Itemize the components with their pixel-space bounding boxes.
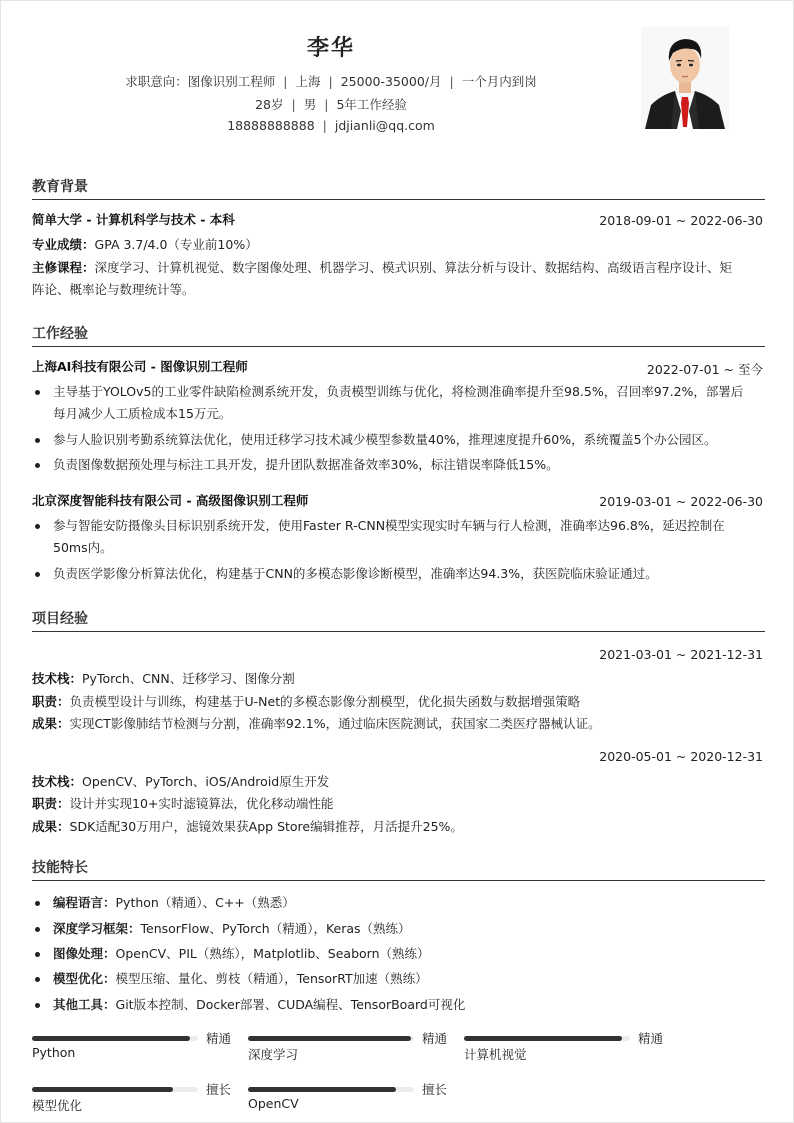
section-title-work: 工作经验	[32, 323, 765, 347]
project-date: 2021-03-01 ~ 2021-12-31	[599, 647, 763, 662]
job-date: 2022-07-01 ~ 至今	[647, 360, 763, 378]
skill-bar-track	[32, 1087, 198, 1092]
job-bullet: 主导基于YOLOv5的工业零件缺陷检测系统开发，负责模型训练与优化，将检测准确率…	[53, 381, 765, 425]
skill-bar-track	[248, 1036, 414, 1041]
skill-name: 深度学习	[248, 1045, 298, 1063]
skill-item: 编程语言：Python（精通）、C++（熟悉）	[53, 892, 765, 914]
project-duty: 职责：设计并实现10+实时滤镜算法，优化移动端性能	[32, 793, 765, 815]
project-stack: 技术栈：PyTorch、CNN、迁移学习、图像分割	[32, 668, 765, 690]
job-bullet: 参与智能安防摄像头目标识别系统开发，使用Faster R-CNN模型实现实时车辆…	[53, 515, 765, 559]
contact-line: 18888888888|jdjianli@qq.com	[1, 118, 661, 133]
education-score: 专业成绩：GPA 3.7/4.0（专业前10%）	[32, 234, 765, 256]
experience-years: 5年工作经验	[336, 97, 406, 112]
skill-bar-fill	[32, 1036, 190, 1041]
email[interactable]: jdjianli@qq.com	[335, 118, 435, 133]
job-date: 2019-03-01 ~ 2022-06-30	[599, 494, 763, 509]
job-intent: 求职意向：图像识别工程师	[125, 74, 275, 89]
skill-name: 模型优化	[32, 1096, 82, 1114]
skill-level: 精通	[206, 1029, 231, 1047]
project-result: 成果：实现CT影像肺结节检测与分割，准确率92.1%，通过临床医院测试，获国家二…	[32, 713, 765, 735]
skill-bar-fill	[248, 1087, 396, 1092]
education-date: 2018-09-01 ~ 2022-06-30	[599, 213, 763, 228]
skill-bar-fill	[32, 1087, 173, 1092]
section-title-skills: 技能特长	[32, 857, 765, 881]
personal-info-line: 28岁|男|5年工作经验	[1, 95, 661, 113]
gender: 男	[304, 97, 317, 112]
section-title-projects: 项目经验	[32, 608, 765, 632]
school-line: 简单大学 - 计算机科学与技术 - 本科	[32, 212, 235, 227]
job-bullet: 负责医学影像分析算法优化，构建基于CNN的多模态影像诊断模型，准确率达94.3%…	[53, 563, 765, 585]
project-result: 成果：SDK适配30万用户，滤镜效果获App Store编辑推荐，月活提升25%…	[32, 816, 765, 838]
availability: 一个月内到岗	[462, 74, 537, 89]
skill-item: 深度学习框架：TensorFlow、PyTorch（精通），Keras（熟练）	[53, 918, 765, 940]
phone: 18888888888	[227, 118, 314, 133]
skill-level: 擅长	[422, 1080, 447, 1098]
skill-name: OpenCV	[248, 1096, 299, 1111]
job-bullet: 负责图像数据预处理与标注工具开发，提升团队数据准备效率30%，标注错误率降低15…	[53, 454, 765, 476]
skill-name: 计算机视觉	[464, 1045, 527, 1063]
avatar	[641, 27, 729, 129]
project-date: 2020-05-01 ~ 2020-12-31	[599, 749, 763, 764]
education-courses: 主修课程：深度学习、计算机视觉、数字图像处理、机器学习、模式识别、算法分析与设计…	[32, 257, 765, 301]
skill-bar-track	[248, 1087, 414, 1092]
skill-item: 图像处理：OpenCV、PIL（熟练），Matplotlib、Seaborn（熟…	[53, 943, 765, 965]
candidate-name: 李华	[1, 31, 661, 62]
resume-page: 李华 求职意向：图像识别工程师|上海|25000-35000/月|一个月内到岗 …	[0, 0, 794, 1123]
salary: 25000-35000/月	[341, 74, 442, 89]
skill-bar-fill	[464, 1036, 622, 1041]
skill-level: 精通	[422, 1029, 447, 1047]
skill-bar-track	[464, 1036, 630, 1041]
skill-bar-track	[32, 1036, 198, 1041]
skill-name: Python	[32, 1045, 75, 1060]
skill-bar-fill	[248, 1036, 411, 1041]
section-title-education: 教育背景	[32, 176, 765, 200]
skill-item: 其他工具：Git版本控制、Docker部署、CUDA编程、TensorBoard…	[53, 994, 765, 1016]
project-stack: 技术栈：OpenCV、PyTorch、iOS/Android原生开发	[32, 771, 765, 793]
job-bullet: 参与人脸识别考勤系统算法优化，使用迁移学习技术减少模型参数量40%，推理速度提升…	[53, 429, 765, 451]
skill-level: 擅长	[206, 1080, 231, 1098]
skill-level: 精通	[638, 1029, 663, 1047]
avatar-portrait-icon	[641, 27, 729, 129]
skill-item: 模型优化：模型压缩、量化、剪枝（精通），TensorRT加速（熟练）	[53, 968, 765, 990]
age: 28岁	[255, 97, 283, 112]
job-intent-line: 求职意向：图像识别工程师|上海|25000-35000/月|一个月内到岗	[1, 72, 661, 90]
project-duty: 职责：负责模型设计与训练，构建基于U-Net的多模态影像分割模型，优化损失函数与…	[32, 691, 765, 713]
location: 上海	[296, 74, 321, 89]
